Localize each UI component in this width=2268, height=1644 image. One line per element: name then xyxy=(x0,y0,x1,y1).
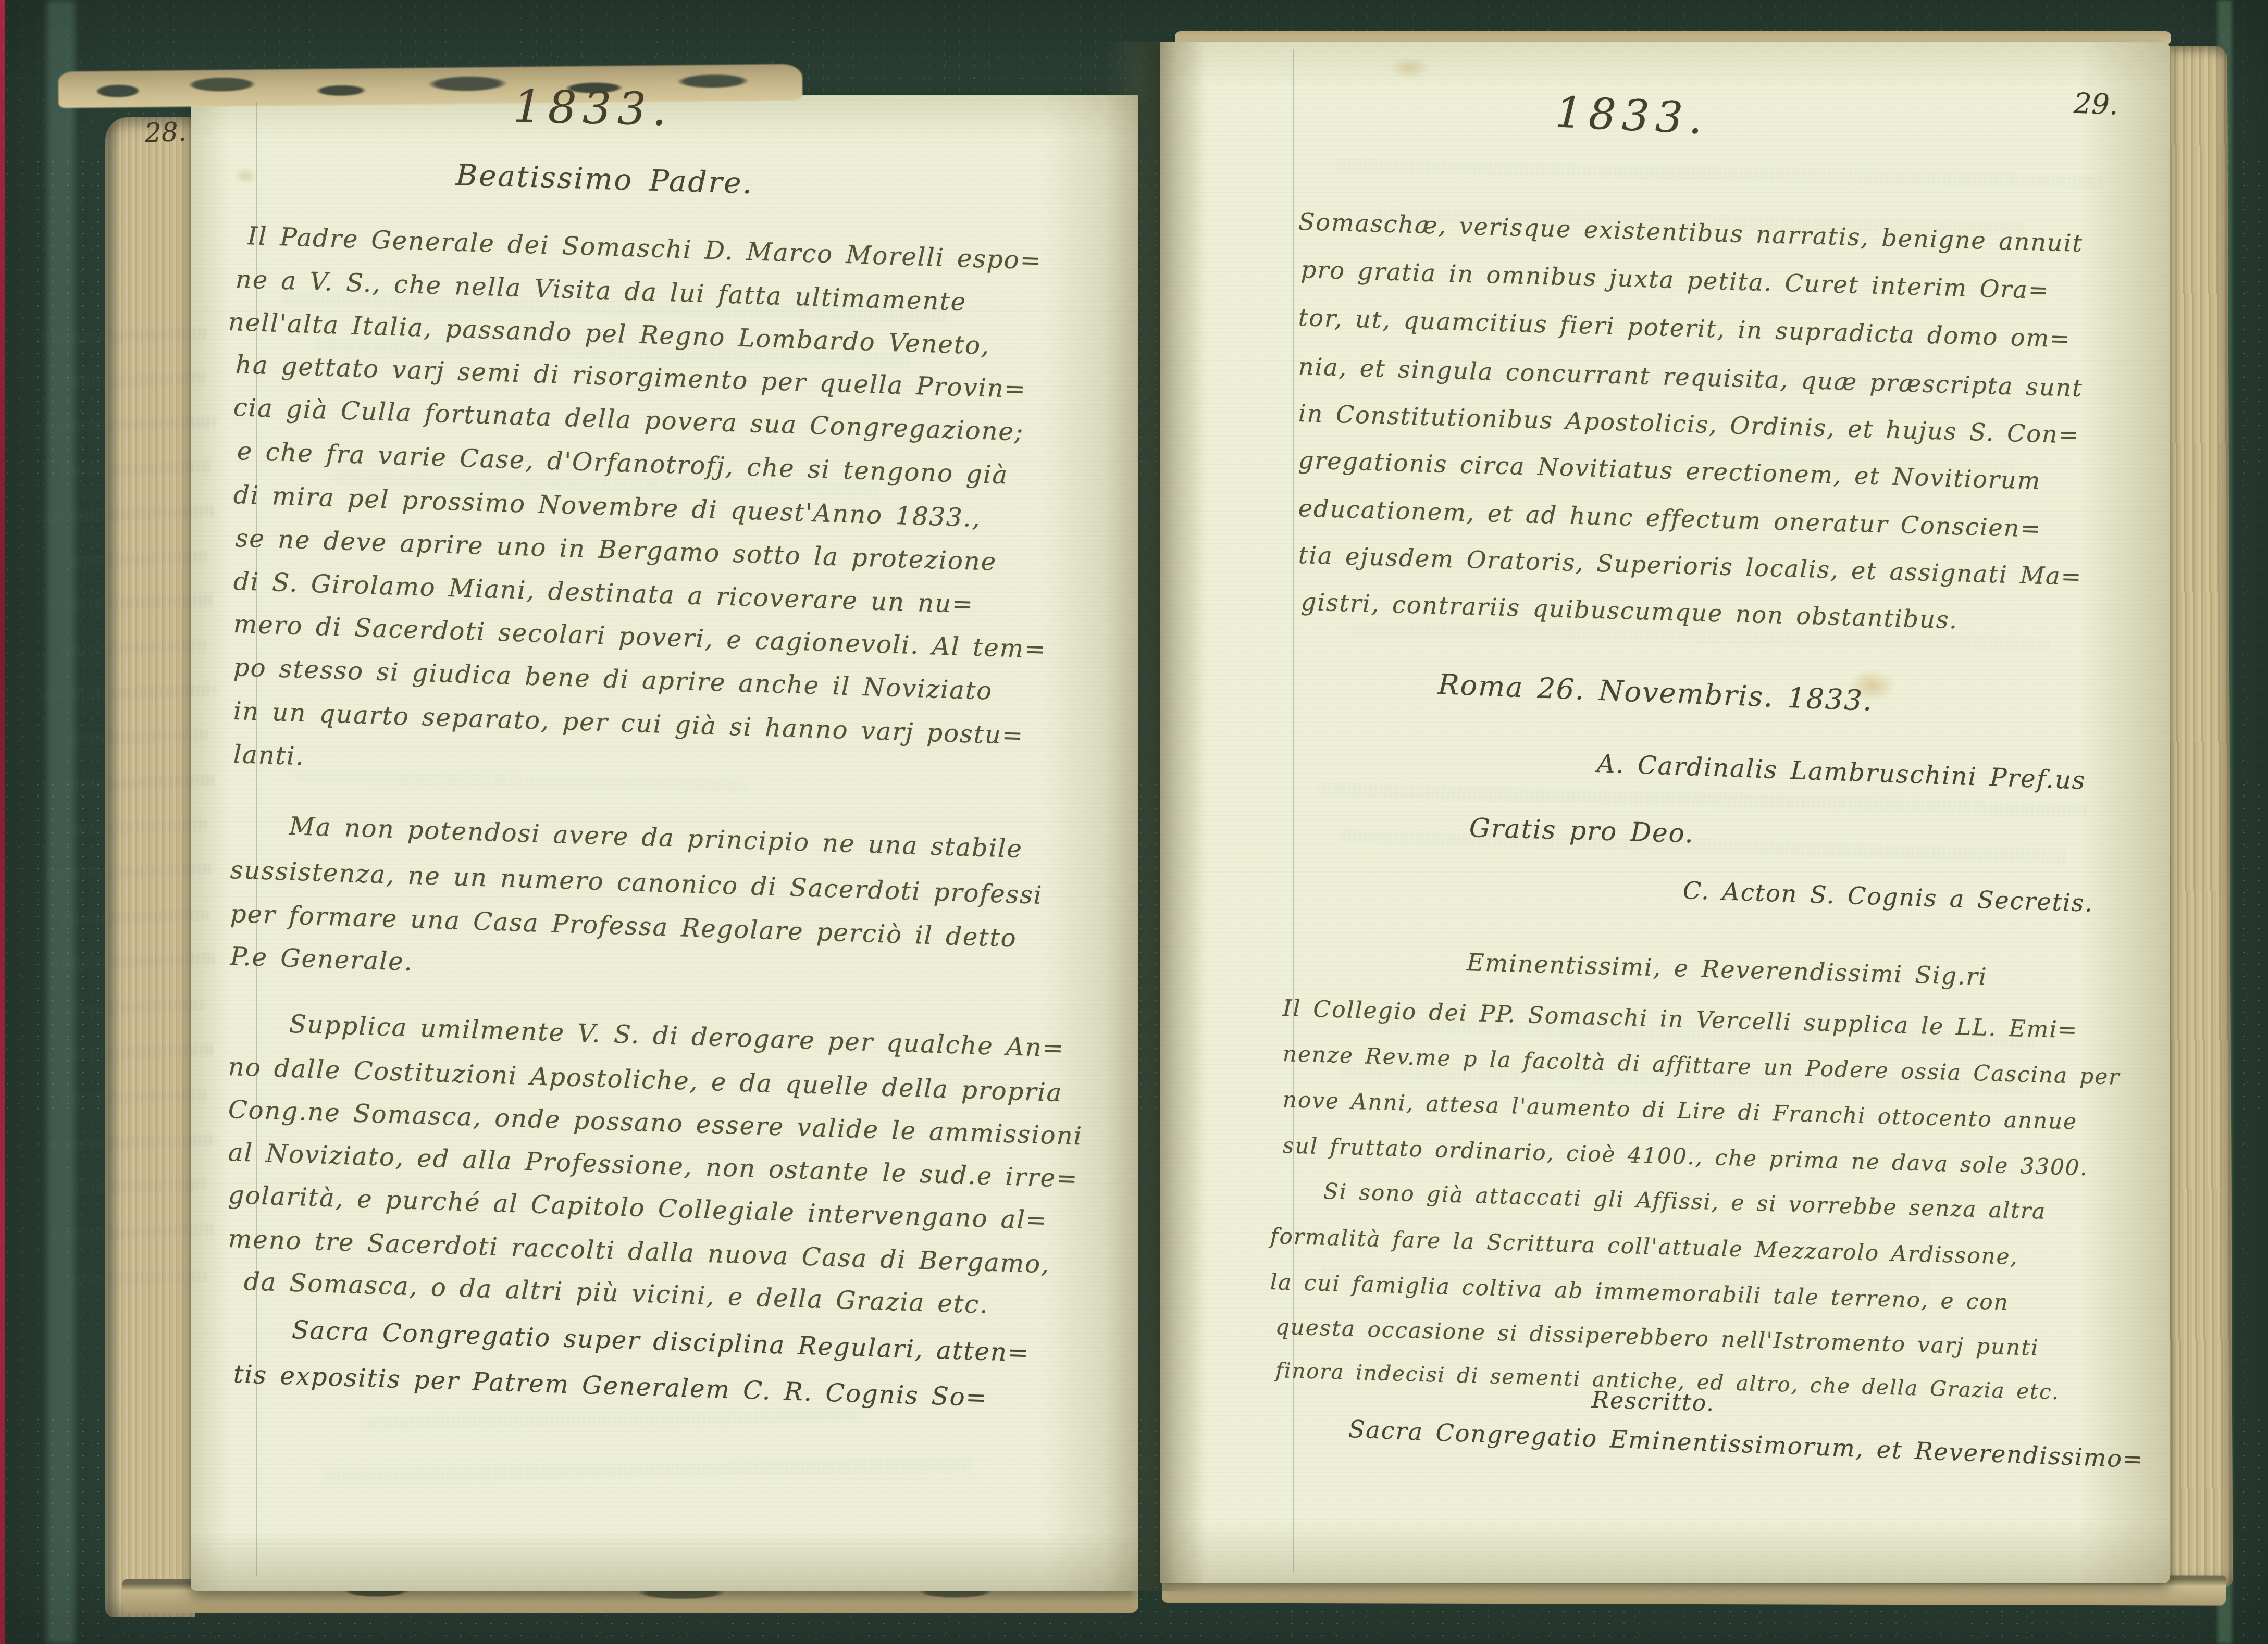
manuscript-line: C. Acton S. Cognis a Secretis. xyxy=(1682,876,2094,917)
manuscript-line: in Constitutionibus Apostolicis, Ordinis… xyxy=(1298,399,2080,449)
manuscript-line: questa occasione si dissiperebbero nell'… xyxy=(1275,1314,2039,1361)
manuscript-line: formalità fare la Scrittura coll'attuale… xyxy=(1270,1223,2018,1269)
manuscript-line: Si sono già attaccati gli Affissi, e si … xyxy=(1323,1178,2047,1224)
manuscript-line: Rescritto. xyxy=(1591,1387,1715,1417)
manuscript-line: tor, ut, quamcitius fieri poterit, in su… xyxy=(1298,303,2071,353)
right-page-text: Somaschæ, verisque existentibus narratis… xyxy=(0,0,2268,1644)
manuscript-line: Sacra Congregatio Eminentissimorum, et R… xyxy=(1348,1415,2145,1474)
manuscript-line: pro gratia in omnibus juxta petita. Cure… xyxy=(1300,255,2050,304)
manuscript-line: Eminentissimi, e Reverendissimi Sig.ri xyxy=(1466,948,1988,991)
manuscript-line: Roma 26. Novembris. 1833. xyxy=(1437,668,1874,717)
manuscript-line: nove Anni, attesa l'aumento di Lire di F… xyxy=(1282,1087,2077,1135)
manuscript-line: sul fruttato ordinario, cioè 4100., che … xyxy=(1282,1132,2088,1180)
manuscript-photo: 28. 29. 1833. 1833. Beatissimo Padre. Il… xyxy=(0,0,2268,1644)
manuscript-line: educationem, et ad hunc effectum oneratu… xyxy=(1298,494,2041,543)
manuscript-line: tia ejusdem Oratoris, Superioris localis… xyxy=(1298,541,2083,591)
manuscript-line: A. Cardinalis Lambruschini Pref.us xyxy=(1596,749,2086,795)
